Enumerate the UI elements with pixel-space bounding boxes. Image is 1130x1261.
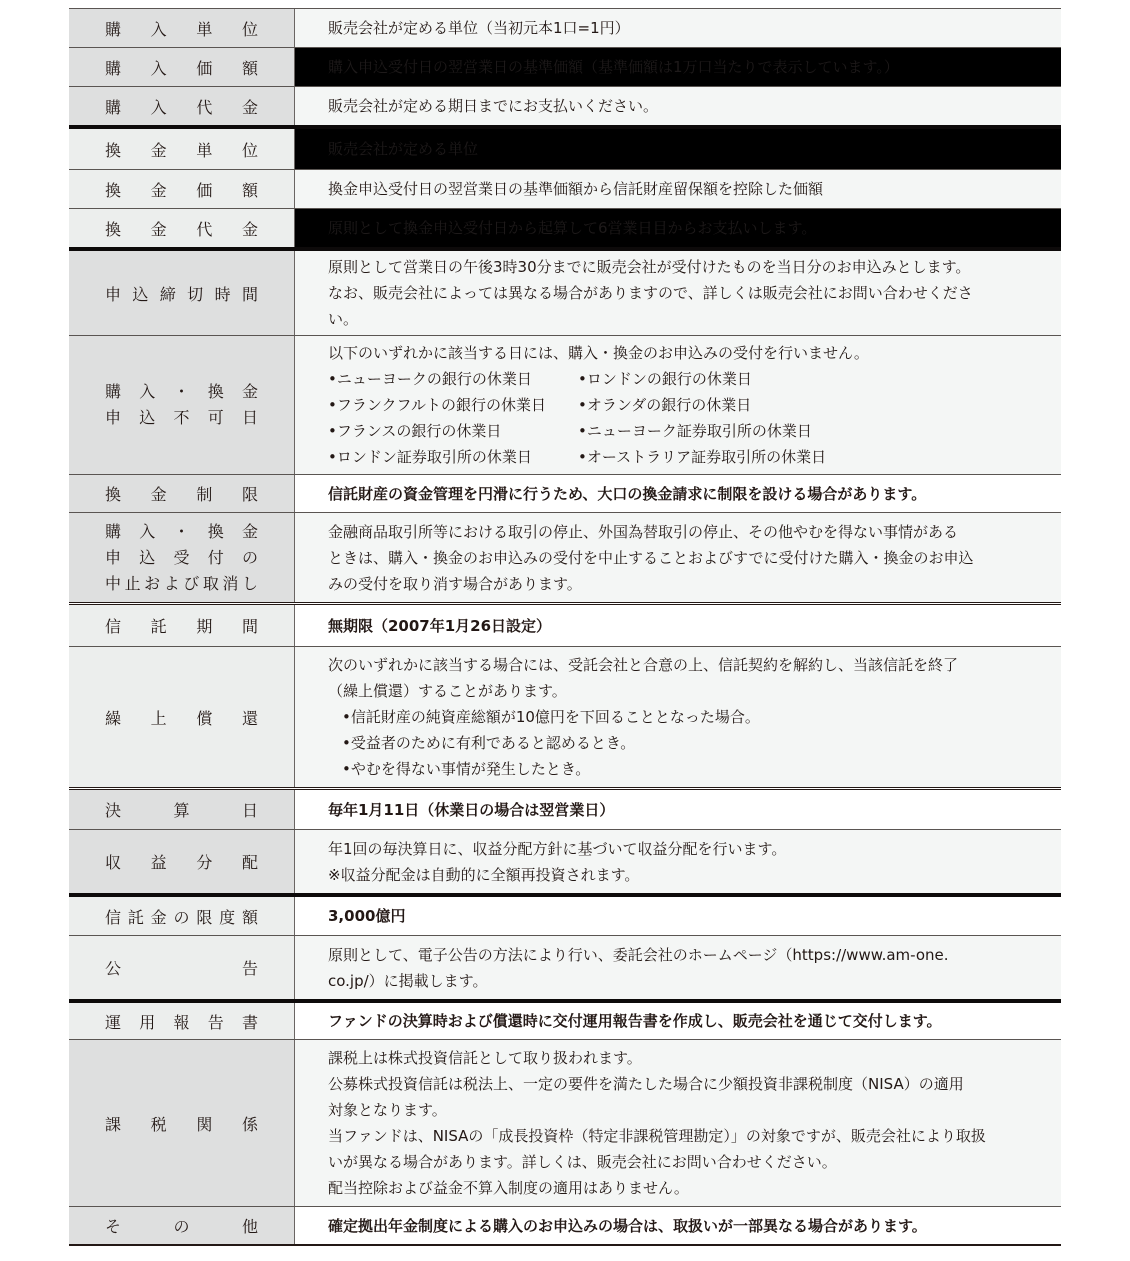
label-char: 額 [242, 178, 258, 201]
label-char: 不 [173, 405, 189, 431]
content-text: 対象となります。 [328, 1097, 1061, 1123]
label-char: 信 [105, 905, 121, 928]
row-label: 繰上償還 [69, 647, 295, 787]
label-char: 込 [132, 282, 148, 305]
content-text: 金融商品取引所等における取引の停止、外国為替取引の停止、その他やむを得ない事情が… [328, 519, 1061, 545]
row-content: ファンドの決算時および償還時に交付運用報告書を作成し、販売会社を通じて交付します… [295, 1003, 1061, 1039]
label-char: 購 [105, 95, 121, 118]
label-char: 込 [139, 545, 155, 571]
label-char: 締 [160, 282, 176, 305]
content-text: 原則として、電子公告の方法により行い、委託会社のホームページ（https://w… [328, 942, 1061, 968]
label-char: の [173, 1214, 189, 1237]
label-char: 価 [196, 56, 212, 79]
label-char: 託 [128, 905, 144, 928]
row-label: 換金代金 [69, 209, 295, 247]
content-text: ※収益分配金は自動的に全額再投資されます。 [328, 862, 1061, 888]
table-row-management-report: 運用報告書 ファンドの決算時および償還時に交付運用報告書を作成し、販売会社を通じ… [69, 999, 1061, 1039]
label-char: 収 [105, 850, 121, 873]
table-row-non-business-days: 購入・換金 申込不可日 以下のいずれかに該当する日には、購入・換金のお申込みの受… [69, 335, 1061, 474]
label-char: 用 [139, 1010, 155, 1033]
label-char: 金 [151, 217, 167, 240]
label-char: 金 [151, 138, 167, 161]
row-content: 年1回の毎決算日に、収益分配方針に基づいて収益分配を行います。 ※収益分配金は自… [295, 830, 1061, 893]
list-item: •オーストラリア証券取引所の休業日 [578, 444, 1061, 470]
label-char: 算 [173, 798, 189, 821]
label-char: 位 [242, 138, 258, 161]
label-char: 決 [105, 798, 121, 821]
label-char: 度 [219, 905, 235, 928]
list-item: •ロンドン証券取引所の休業日 [328, 444, 578, 470]
label-char: 日 [242, 405, 258, 431]
list-item: •信託財産の純資産総額が10億円を下回ることとなった場合。 [328, 704, 1061, 730]
label-char: 日 [242, 798, 258, 821]
row-label: 課税関係 [69, 1040, 295, 1206]
table-row-trust-limit: 信託金の限度額 3,000億円 [69, 893, 1061, 935]
list-item: •ロンドンの銀行の休業日 [578, 366, 1061, 392]
label-char: 運 [105, 1010, 121, 1033]
label-char: 購 [105, 379, 121, 405]
label-char: そ [105, 1214, 121, 1237]
row-label: 申込締切時間 [69, 251, 295, 335]
row-content: 以下のいずれかに該当する日には、購入・換金のお申込みの受付を行いません。 •ニュ… [295, 336, 1061, 474]
label-char: 繰 [105, 706, 121, 729]
row-label: 換金単位 [69, 129, 295, 169]
table-row-application-deadline: 申込締切時間 原則として営業日の午後3時30分までに販売会社が受付けたものを当日… [69, 247, 1061, 335]
label-char: 償 [196, 706, 212, 729]
row-content: 換金申込受付日の翌営業日の基準価額から信託財産留保額を控除した価額 [295, 170, 1061, 208]
label-char: 消 [222, 571, 238, 597]
content-text: なお、販売会社によっては異なる場合がありますので、詳しくは販売会社にお問い合わせ… [328, 280, 1061, 306]
row-content: 無期限（2007年1月26日設定） [295, 605, 1061, 646]
label-char: 分 [196, 850, 212, 873]
content-text: 当ファンドは、NISAの「成長投資枠（特定非課税管理勘定）」の対象ですが、販売会… [328, 1123, 1061, 1149]
content-text: 購入申込受付日の翌営業日の基準価額（基準価額は1万口当たりで表示しています。） [328, 54, 1061, 80]
table-row-redemption-price: 換金価額 換金申込受付日の翌営業日の基準価額から信託財産留保額を控除した価額 [69, 169, 1061, 208]
label-char: よ [164, 571, 180, 597]
label-char: 限 [196, 905, 212, 928]
row-label: 購入単位 [69, 9, 295, 47]
list-item: •フランスの銀行の休業日 [328, 418, 578, 444]
row-content: 3,000億円 [295, 897, 1061, 935]
content-text: 無期限（2007年1月26日設定） [328, 613, 1061, 639]
row-content: 金融商品取引所等における取引の停止、外国為替取引の停止、その他やむを得ない事情が… [295, 513, 1061, 602]
label-char: お [144, 571, 160, 597]
list-item: •ニューヨーク証券取引所の休業日 [578, 418, 1061, 444]
row-label: 購入・換金 申込受付の 中止および取消し [69, 513, 295, 602]
content-text: 換金申込受付日の翌営業日の基準価額から信託財産留保額を控除した価額 [328, 176, 1061, 202]
label-char: 間 [242, 282, 258, 305]
row-label: 決算日 [69, 790, 295, 829]
content-text: 配当控除および益金不算入制度の適用はありません。 [328, 1175, 1061, 1201]
label-char: し [242, 571, 258, 597]
label-char: 税 [151, 1112, 167, 1135]
content-text: （繰上償還）することがあります。 [328, 678, 1061, 704]
label-char: 位 [242, 17, 258, 40]
label-char: ・ [173, 379, 189, 405]
label-char: 入 [151, 17, 167, 40]
label-char: 公 [105, 956, 121, 979]
table-row-purchase-unit: 購入単位 販売会社が定める単位（当初元本1口=1円） [69, 8, 1061, 47]
label-char: 金 [242, 379, 258, 405]
table-row-suspension-cancellation: 購入・換金 申込受付の 中止および取消し 金融商品取引所等における取引の停止、外… [69, 512, 1061, 602]
label-char: 間 [242, 614, 258, 637]
row-content: 次のいずれかに該当する場合には、受託会社と合意の上、信託契約を解約し、当該信託を… [295, 647, 1061, 787]
list-item: •やむを得ない事情が発生したとき。 [328, 756, 1061, 782]
label-char: び [183, 571, 199, 597]
row-content-redacted: 原則として換金申込受付日から起算して6営業日目からお支払いします。 [295, 209, 1061, 247]
content-text: 年1回の毎決算日に、収益分配方針に基づいて収益分配を行います。 [328, 836, 1061, 862]
fund-terms-table: 購入単位 販売会社が定める単位（当初元本1口=1円） 購入価額 購入申込受付日の… [69, 8, 1061, 1246]
content-text: 課税上は株式投資信託として取り扱われます。 [328, 1045, 1061, 1071]
row-label: 信託期間 [69, 605, 295, 646]
label-char: 中 [105, 571, 121, 597]
label-char: 付 [208, 545, 224, 571]
label-char: の [242, 545, 258, 571]
content-text: 販売会社が定める単位 [328, 136, 1061, 162]
content-text: いが異なる場合があります。詳しくは、販売会社にお問い合わせください。 [328, 1149, 1061, 1175]
label-char: 価 [196, 178, 212, 201]
holiday-list: •ニューヨークの銀行の休業日 •ロンドンの銀行の休業日 •フランクフルトの銀行の… [328, 366, 1061, 470]
content-text: 以下のいずれかに該当する日には、購入・換金のお申込みの受付を行いません。 [328, 340, 1061, 366]
label-char: 止 [125, 571, 141, 597]
table-row-other: その他 確定拠出年金制度による購入のお申込みの場合は、取扱いが一部異なる場合があ… [69, 1206, 1061, 1246]
label-char: 込 [139, 405, 155, 431]
table-row-public-notice: 公告 原則として、電子公告の方法により行い、委託会社のホームページ（https:… [69, 935, 1061, 999]
label-char: 切 [187, 282, 203, 305]
label-char: 係 [242, 1112, 258, 1135]
label-char: 金 [242, 519, 258, 545]
list-item: •オランダの銀行の休業日 [578, 392, 1061, 418]
label-char: 告 [242, 956, 258, 979]
row-label: その他 [69, 1207, 295, 1244]
row-label: 換金制限 [69, 475, 295, 512]
content-text: ファンドの決算時および償還時に交付運用報告書を作成し、販売会社を通じて交付します… [328, 1008, 1061, 1034]
row-label: 運用報告書 [69, 1003, 295, 1039]
label-char: 入 [151, 95, 167, 118]
table-row-trust-period: 信託期間 無期限（2007年1月26日設定） [69, 602, 1061, 646]
table-row-early-redemption: 繰上償還 次のいずれかに該当する場合には、受託会社と合意の上、信託契約を解約し、… [69, 646, 1061, 787]
content-text: 販売会社が定める単位（当初元本1口=1円） [328, 15, 1061, 41]
label-char: 購 [105, 56, 121, 79]
label-char: 信 [105, 614, 121, 637]
row-content-redacted: 購入申込受付日の翌営業日の基準価額（基準価額は1万口当たりで表示しています。） [295, 48, 1061, 86]
label-char: 金 [151, 905, 167, 928]
row-content: 原則として営業日の午後3時30分までに販売会社が受付けたものを当日分のお申込みと… [295, 251, 1061, 335]
content-text: 3,000億円 [328, 903, 1061, 929]
label-char: 換 [208, 519, 224, 545]
label-char: 期 [196, 614, 212, 637]
label-char: 代 [196, 217, 212, 240]
label-char: 報 [173, 1010, 189, 1033]
label-char: 配 [242, 850, 258, 873]
content-text: 販売会社が定める期日までにお支払いください。 [328, 93, 1061, 119]
table-row-taxation: 課税関係 課税上は株式投資信託として取り扱われます。 公募株式投資信託は税法上、… [69, 1039, 1061, 1206]
row-content: 信託財産の資金管理を円滑に行うため、大口の換金請求に制限を設ける場合があります。 [295, 475, 1061, 512]
list-item: •フランクフルトの銀行の休業日 [328, 392, 578, 418]
row-content-redacted: 販売会社が定める単位 [295, 129, 1061, 169]
label-char: 申 [105, 405, 121, 431]
label-char: 換 [105, 138, 121, 161]
label-char: 単 [196, 17, 212, 40]
label-char: 入 [139, 379, 155, 405]
row-label: 換金価額 [69, 170, 295, 208]
label-char: 金 [151, 178, 167, 201]
row-content: 確定拠出年金制度による購入のお申込みの場合は、取扱いが一部異なる場合があります。 [295, 1207, 1061, 1244]
label-char: 還 [242, 706, 258, 729]
label-char: 課 [105, 1112, 121, 1135]
content-text: 公募株式投資信託は税法上、一定の要件を満たした場合に少額投資非課税制度（NISA… [328, 1071, 1061, 1097]
content-text: 原則として営業日の午後3時30分までに販売会社が受付けたものを当日分のお申込みと… [328, 254, 1061, 280]
content-text: ときは、購入・換金のお申込みの受付を中止することおよびすでに受付けた購入・換金の… [328, 545, 1061, 571]
label-char: 関 [196, 1112, 212, 1135]
label-char: 取 [203, 571, 219, 597]
label-char: 書 [242, 1010, 258, 1033]
label-char: 換 [105, 217, 121, 240]
content-text: 原則として換金申込受付日から起算して6営業日目からお支払いします。 [328, 215, 1061, 241]
label-char: 託 [151, 614, 167, 637]
row-content: 課税上は株式投資信託として取り扱われます。 公募株式投資信託は税法上、一定の要件… [295, 1040, 1061, 1206]
content-text: 毎年1月11日（休業日の場合は翌営業日） [328, 797, 1061, 823]
content-text: い。 [328, 306, 1061, 332]
content-text: 次のいずれかに該当する場合には、受託会社と合意の上、信託契約を解約し、当該信託を… [328, 652, 1061, 678]
label-char: 上 [151, 706, 167, 729]
row-content: 原則として、電子公告の方法により行い、委託会社のホームページ（https://w… [295, 936, 1061, 999]
row-content: 販売会社が定める期日までにお支払いください。 [295, 87, 1061, 125]
row-label: 収益分配 [69, 830, 295, 893]
label-char: 購 [105, 519, 121, 545]
row-content: 毎年1月11日（休業日の場合は翌営業日） [295, 790, 1061, 829]
content-text: co.jp/）に掲載します。 [328, 968, 1061, 994]
table-row-purchase-price: 購入価額 購入申込受付日の翌営業日の基準価額（基準価額は1万口当たりで表示してい… [69, 47, 1061, 86]
label-char: 可 [208, 405, 224, 431]
label-char: 換 [208, 379, 224, 405]
row-label: 購入・換金 申込不可日 [69, 336, 295, 474]
table-row-redemption-unit: 換金単位 販売会社が定める単位 [69, 125, 1061, 169]
label-char: 額 [242, 56, 258, 79]
table-row-redemption-payment: 換金代金 原則として換金申込受付日から起算して6営業日目からお支払いします。 [69, 208, 1061, 247]
list-item: •ニューヨークの銀行の休業日 [328, 366, 578, 392]
label-char: 換 [105, 482, 121, 505]
table-row-distribution: 収益分配 年1回の毎決算日に、収益分配方針に基づいて収益分配を行います。 ※収益… [69, 829, 1061, 893]
label-char: 他 [242, 1214, 258, 1237]
row-label: 購入代金 [69, 87, 295, 125]
label-char: 益 [151, 850, 167, 873]
row-label: 信託金の限度額 [69, 897, 295, 935]
label-char: 単 [196, 138, 212, 161]
label-char: 申 [105, 282, 121, 305]
label-char: 入 [151, 56, 167, 79]
label-char: 申 [105, 545, 121, 571]
table-row-purchase-payment: 購入代金 販売会社が定める期日までにお支払いください。 [69, 86, 1061, 125]
row-content: 販売会社が定める単位（当初元本1口=1円） [295, 9, 1061, 47]
label-char: 限 [242, 482, 258, 505]
label-char: 受 [173, 545, 189, 571]
label-char: 時 [215, 282, 231, 305]
table-row-settlement-date: 決算日 毎年1月11日（休業日の場合は翌営業日） [69, 787, 1061, 829]
content-text: みの受付を取り消す場合があります。 [328, 571, 1061, 597]
label-char: 入 [139, 519, 155, 545]
label-char: 額 [242, 905, 258, 928]
content-text: 確定拠出年金制度による購入のお申込みの場合は、取扱いが一部異なる場合があります。 [328, 1213, 1061, 1239]
label-char: 金 [242, 95, 258, 118]
label-char: 制 [196, 482, 212, 505]
label-char: 代 [196, 95, 212, 118]
label-char: 換 [105, 178, 121, 201]
row-label: 購入価額 [69, 48, 295, 86]
label-char: 購 [105, 17, 121, 40]
label-char: 告 [208, 1010, 224, 1033]
list-item: •受益者のために有利であると認めるとき。 [328, 730, 1061, 756]
table-row-redemption-limit: 換金制限 信託財産の資金管理を円滑に行うため、大口の換金請求に制限を設ける場合が… [69, 474, 1061, 512]
label-char: ・ [173, 519, 189, 545]
row-label: 公告 [69, 936, 295, 999]
label-char: 金 [151, 482, 167, 505]
content-text: 信託財産の資金管理を円滑に行うため、大口の換金請求に制限を設ける場合があります。 [328, 481, 1061, 507]
label-char: の [173, 905, 189, 928]
label-char: 金 [242, 217, 258, 240]
